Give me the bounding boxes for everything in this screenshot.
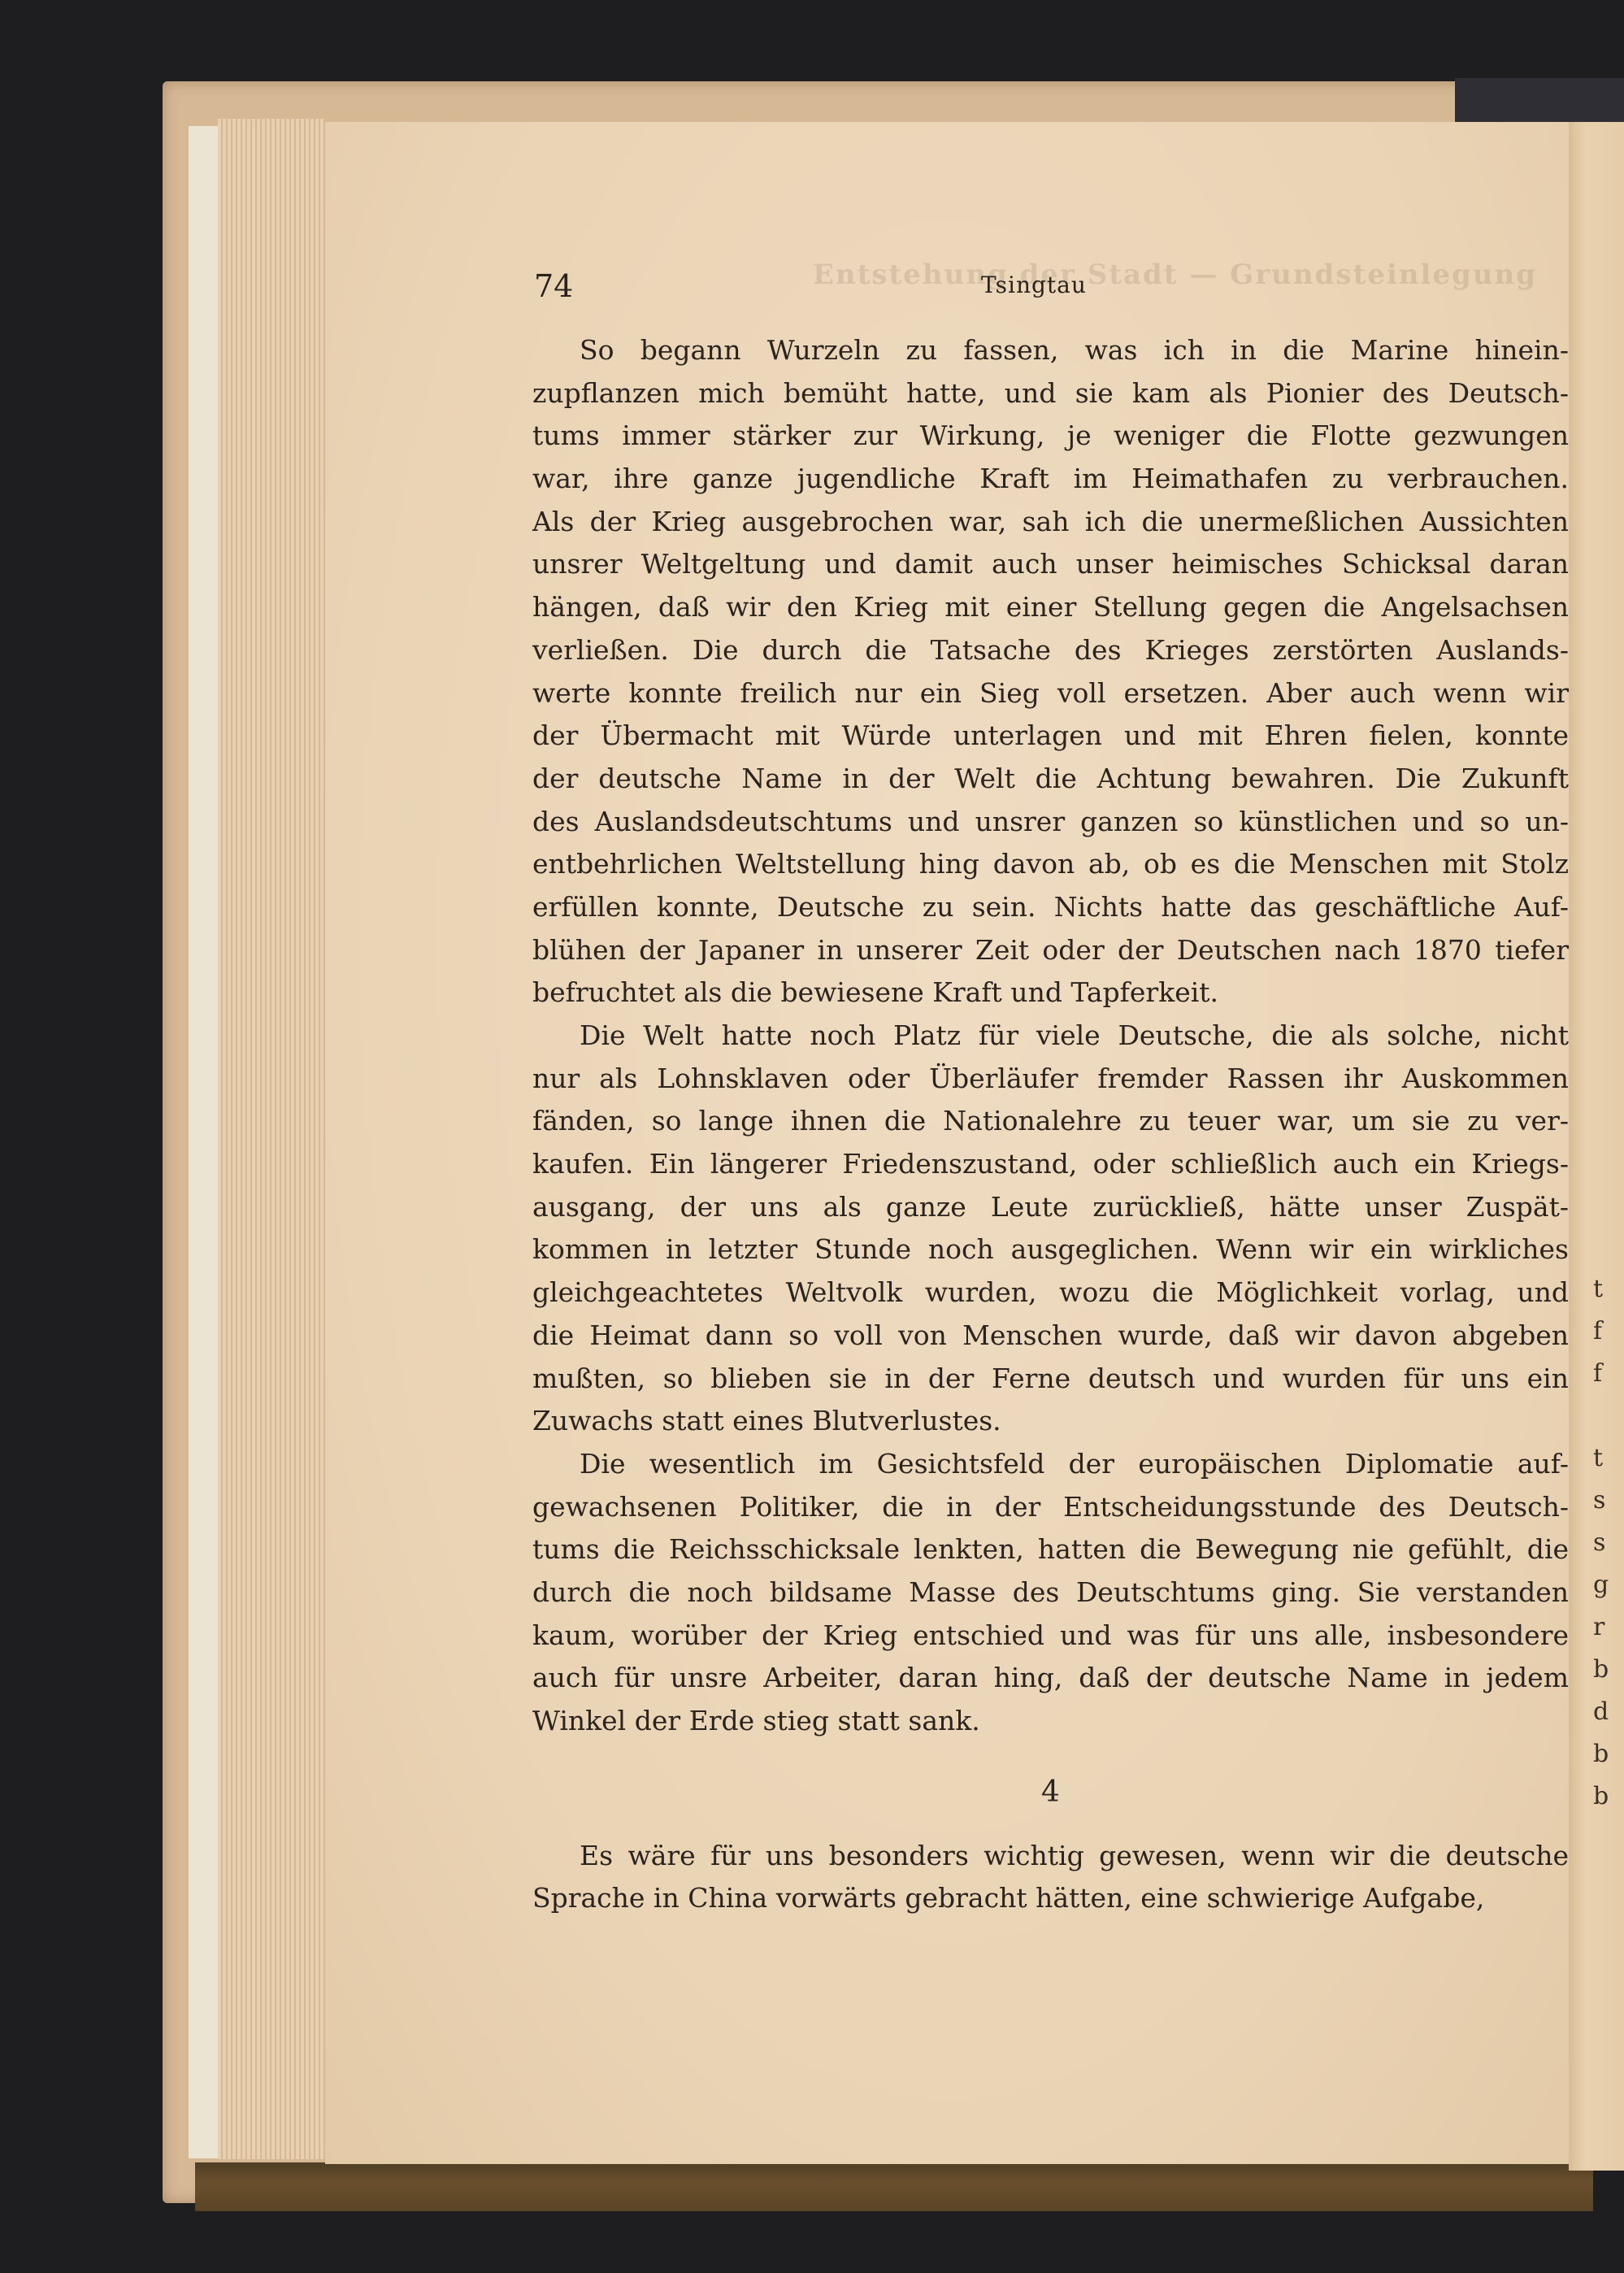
next-page-glyph: t (1593, 1268, 1624, 1310)
text-line: der deutsche Name in der Welt die Achtun… (532, 758, 1569, 801)
book-bottom-edge (195, 2162, 1593, 2211)
text-line: hängen, daß wir den Krieg mit einer Stel… (532, 586, 1569, 629)
paragraph-3: Die wesentlich im Gesichtsfeld der europ… (532, 1443, 1569, 1743)
next-page-glyph: r (1593, 1606, 1624, 1649)
text-line: unsrer Weltgeltung und damit auch unser … (532, 543, 1569, 586)
text-line: durch die noch bildsame Masse des Deutsc… (532, 1571, 1569, 1615)
next-page-glyph: s (1593, 1480, 1624, 1522)
text-line: Zuwachs statt eines Blutverlustes. (532, 1400, 1569, 1443)
text-line: werte konnte freilich nur ein Sieg voll … (532, 672, 1569, 715)
text-line: des Auslandsdeutschtums und unsrer ganze… (532, 801, 1569, 844)
text-line: zupflanzen mich bemüht hatte, und sie ka… (532, 372, 1569, 415)
page-number: 74 (534, 268, 573, 304)
text-line: Es wäre für uns besonders wichtig gewese… (532, 1835, 1569, 1878)
text-line: Sprache in China vorwärts gebracht hätte… (532, 1877, 1569, 1920)
next-page-glyph: b (1593, 1733, 1624, 1775)
text-line: auch für unsre Arbeiter, daran hing, daß… (532, 1657, 1569, 1700)
text-line: kaufen. Ein längerer Friedenszustand, od… (532, 1143, 1569, 1186)
next-page-glyph: f (1593, 1310, 1624, 1353)
text-line: Winkel der Erde stieg statt sank. (532, 1700, 1569, 1743)
next-page-glyph: b (1593, 1649, 1624, 1691)
next-page-fragment: tfftssgrbdbb (1593, 1268, 1624, 1967)
next-page-glyph: s (1593, 1522, 1624, 1564)
text-line: gleichgeachtetes Weltvolk wurden, wozu d… (532, 1271, 1569, 1315)
paragraph-1: So begann Wurzeln zu fassen, was ich in … (532, 329, 1569, 1015)
text-line: Als der Krieg ausgebrochen war, sah ich … (532, 501, 1569, 544)
next-page-glyph: g (1593, 1564, 1624, 1606)
text-line: So begann Wurzeln zu fassen, was ich in … (532, 329, 1569, 372)
flyleaf-edge (189, 126, 222, 2158)
text-line: befruchtet als die bewiesene Kraft und T… (532, 971, 1569, 1015)
next-page-glyph: f (1593, 1353, 1624, 1395)
text-line: blühen der Japaner in unserer Zeit oder … (532, 929, 1569, 972)
text-line: nur als Lohnsklaven oder Überläufer frem… (532, 1058, 1569, 1101)
paragraph-4: Es wäre für uns besonders wichtig gewese… (532, 1835, 1569, 1920)
text-line: tums die Reichsschicksale lenkten, hatte… (532, 1528, 1569, 1571)
text-line: fänden, so lange ihnen die Nationalehre … (532, 1100, 1569, 1143)
text-line: mußten, so blieben sie in der Ferne deut… (532, 1358, 1569, 1401)
text-line: entbehrlichen Weltstellung hing davon ab… (532, 843, 1569, 886)
text-line: der Übermacht mit Würde unterlagen und m… (532, 715, 1569, 758)
text-line: Die wesentlich im Gesichtsfeld der europ… (532, 1443, 1569, 1486)
next-page-glyph: b (1593, 1775, 1624, 1818)
page-header: 74 Tsingtau (534, 268, 1570, 309)
text-line: erfüllen konnte, Deutsche zu sein. Nicht… (532, 886, 1569, 929)
next-page-glyph: t (1593, 1437, 1624, 1480)
text-line: war, ihre ganze jugendliche Kraft im Hei… (532, 458, 1569, 501)
text-line: ausgang, der uns als ganze Leute zurückl… (532, 1186, 1569, 1229)
next-page-glyph (1593, 1395, 1624, 1437)
section-number: 4 (532, 1749, 1569, 1835)
paragraph-2: Die Welt hatte noch Platz für viele Deut… (532, 1015, 1569, 1443)
running-title: Tsingtau (981, 272, 1087, 298)
text-line: verließen. Die durch die Tatsache des Kr… (532, 629, 1569, 672)
text-line: tums immer stärker zur Wirkung, je wenig… (532, 415, 1569, 458)
text-line: gewachsenen Politiker, die in der Entsch… (532, 1486, 1569, 1529)
page-body: So begann Wurzeln zu fassen, was ich in … (532, 329, 1569, 1920)
text-line: die Heimat dann so voll von Menschen wur… (532, 1315, 1569, 1358)
page-stack-edges (218, 119, 325, 2159)
text-line: Die Welt hatte noch Platz für viele Deut… (532, 1015, 1569, 1058)
text-line: kaum, worüber der Krieg entschied und wa… (532, 1615, 1569, 1658)
next-page-glyph: d (1593, 1691, 1624, 1733)
text-line: kommen in letzter Stunde noch ausgeglich… (532, 1228, 1569, 1271)
